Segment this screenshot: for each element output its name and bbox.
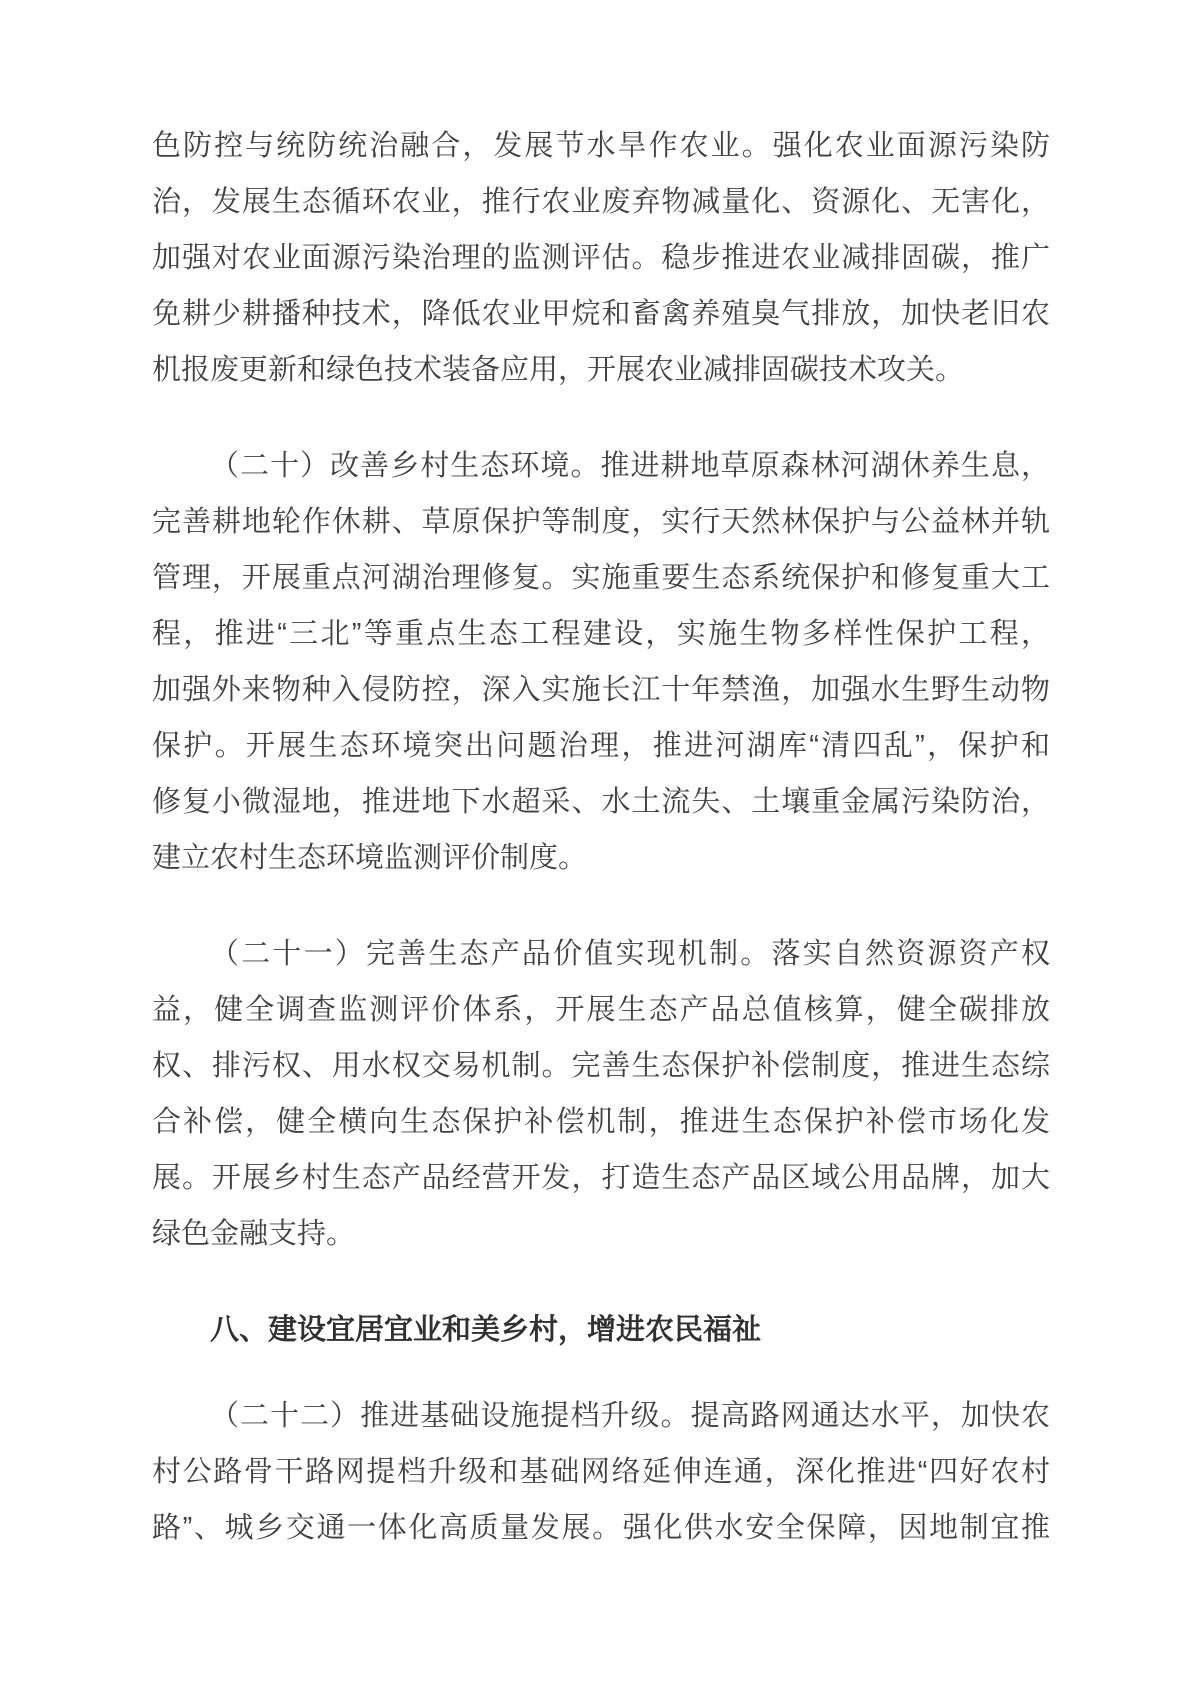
text-line: （二十）改善乡村生态环境。推进耕地草原森林河湖休养生息， [152,438,1050,494]
paragraph: （二十一）完善生态产品价值实现机制。落实自然资源资产权 益，健全调查监测评价体系… [152,926,1050,1262]
text-line: 机报废更新和绿色技术装备应用，开展农业减排固碳技术攻关。 [152,342,1050,398]
paragraph: 色防控与统防统治融合，发展节水旱作农业。强化农业面源污染防 治，发展生态循环农业… [152,118,1050,398]
text-line: 修复小微湿地，推进地下水超采、水土流失、土壤重金属污染防治， [152,774,1050,830]
text-line: 免耕少耕播种技术，降低农业甲烷和畜禽养殖臭气排放，加快老旧农 [152,286,1050,342]
text-line: 治，发展生态循环农业，推行农业废弃物减量化、资源化、无害化， [152,174,1050,230]
text-line: 加强对农业面源污染治理的监测评估。稳步推进农业减排固碳，推广 [152,230,1050,286]
document-page: 色防控与统防统治融合，发展节水旱作农业。强化农业面源污染防 治，发展生态循环农业… [0,0,1200,1698]
text-line: （二十一）完善生态产品价值实现机制。落实自然资源资产权 [152,926,1050,982]
text-line: 保护。开展生态环境突出问题治理，推进河湖库“清四乱”，保护和 [152,718,1050,774]
text-line: 加强外来物种入侵防控，深入实施长江十年禁渔，加强水生野生动物 [152,662,1050,718]
section-heading: 八、建设宜居宜业和美乡村，增进农民福祉 [152,1302,1050,1358]
text-line: （二十二）推进基础设施提档升级。提高路网通达水平，加快农 [152,1388,1050,1444]
text-line: 色防控与统防统治融合，发展节水旱作农业。强化农业面源污染防 [152,118,1050,174]
text-line: 路”、城乡交通一体化高质量发展。强化供水安全保障，因地制宜推 [152,1500,1050,1556]
text-line: 合补偿，健全横向生态保护补偿机制，推进生态保护补偿市场化发 [152,1094,1050,1150]
text-line: 绿色金融支持。 [152,1206,1050,1262]
text-line: 权、排污权、用水权交易机制。完善生态保护补偿制度，推进生态综 [152,1038,1050,1094]
text-line: 建立农村生态环境监测评价制度。 [152,830,1050,886]
text-line: 展。开展乡村生态产品经营开发，打造生态产品区域公用品牌，加大 [152,1150,1050,1206]
paragraph: （二十）改善乡村生态环境。推进耕地草原森林河湖休养生息， 完善耕地轮作休耕、草原… [152,438,1050,886]
text-line: 程，推进“三北”等重点生态工程建设，实施生物多样性保护工程， [152,606,1050,662]
text-line: 完善耕地轮作休耕、草原保护等制度，实行天然林保护与公益林并轨 [152,494,1050,550]
text-line: 村公路骨干路网提档升级和基础网络延伸连通，深化推进“四好农村 [152,1444,1050,1500]
text-line: 管理，开展重点河湖治理修复。实施重要生态系统保护和修复重大工 [152,550,1050,606]
text-line: 益，健全调查监测评价体系，开展生态产品总值核算，健全碳排放 [152,982,1050,1038]
paragraph: （二十二）推进基础设施提档升级。提高路网通达水平，加快农 村公路骨干路网提档升级… [152,1388,1050,1556]
